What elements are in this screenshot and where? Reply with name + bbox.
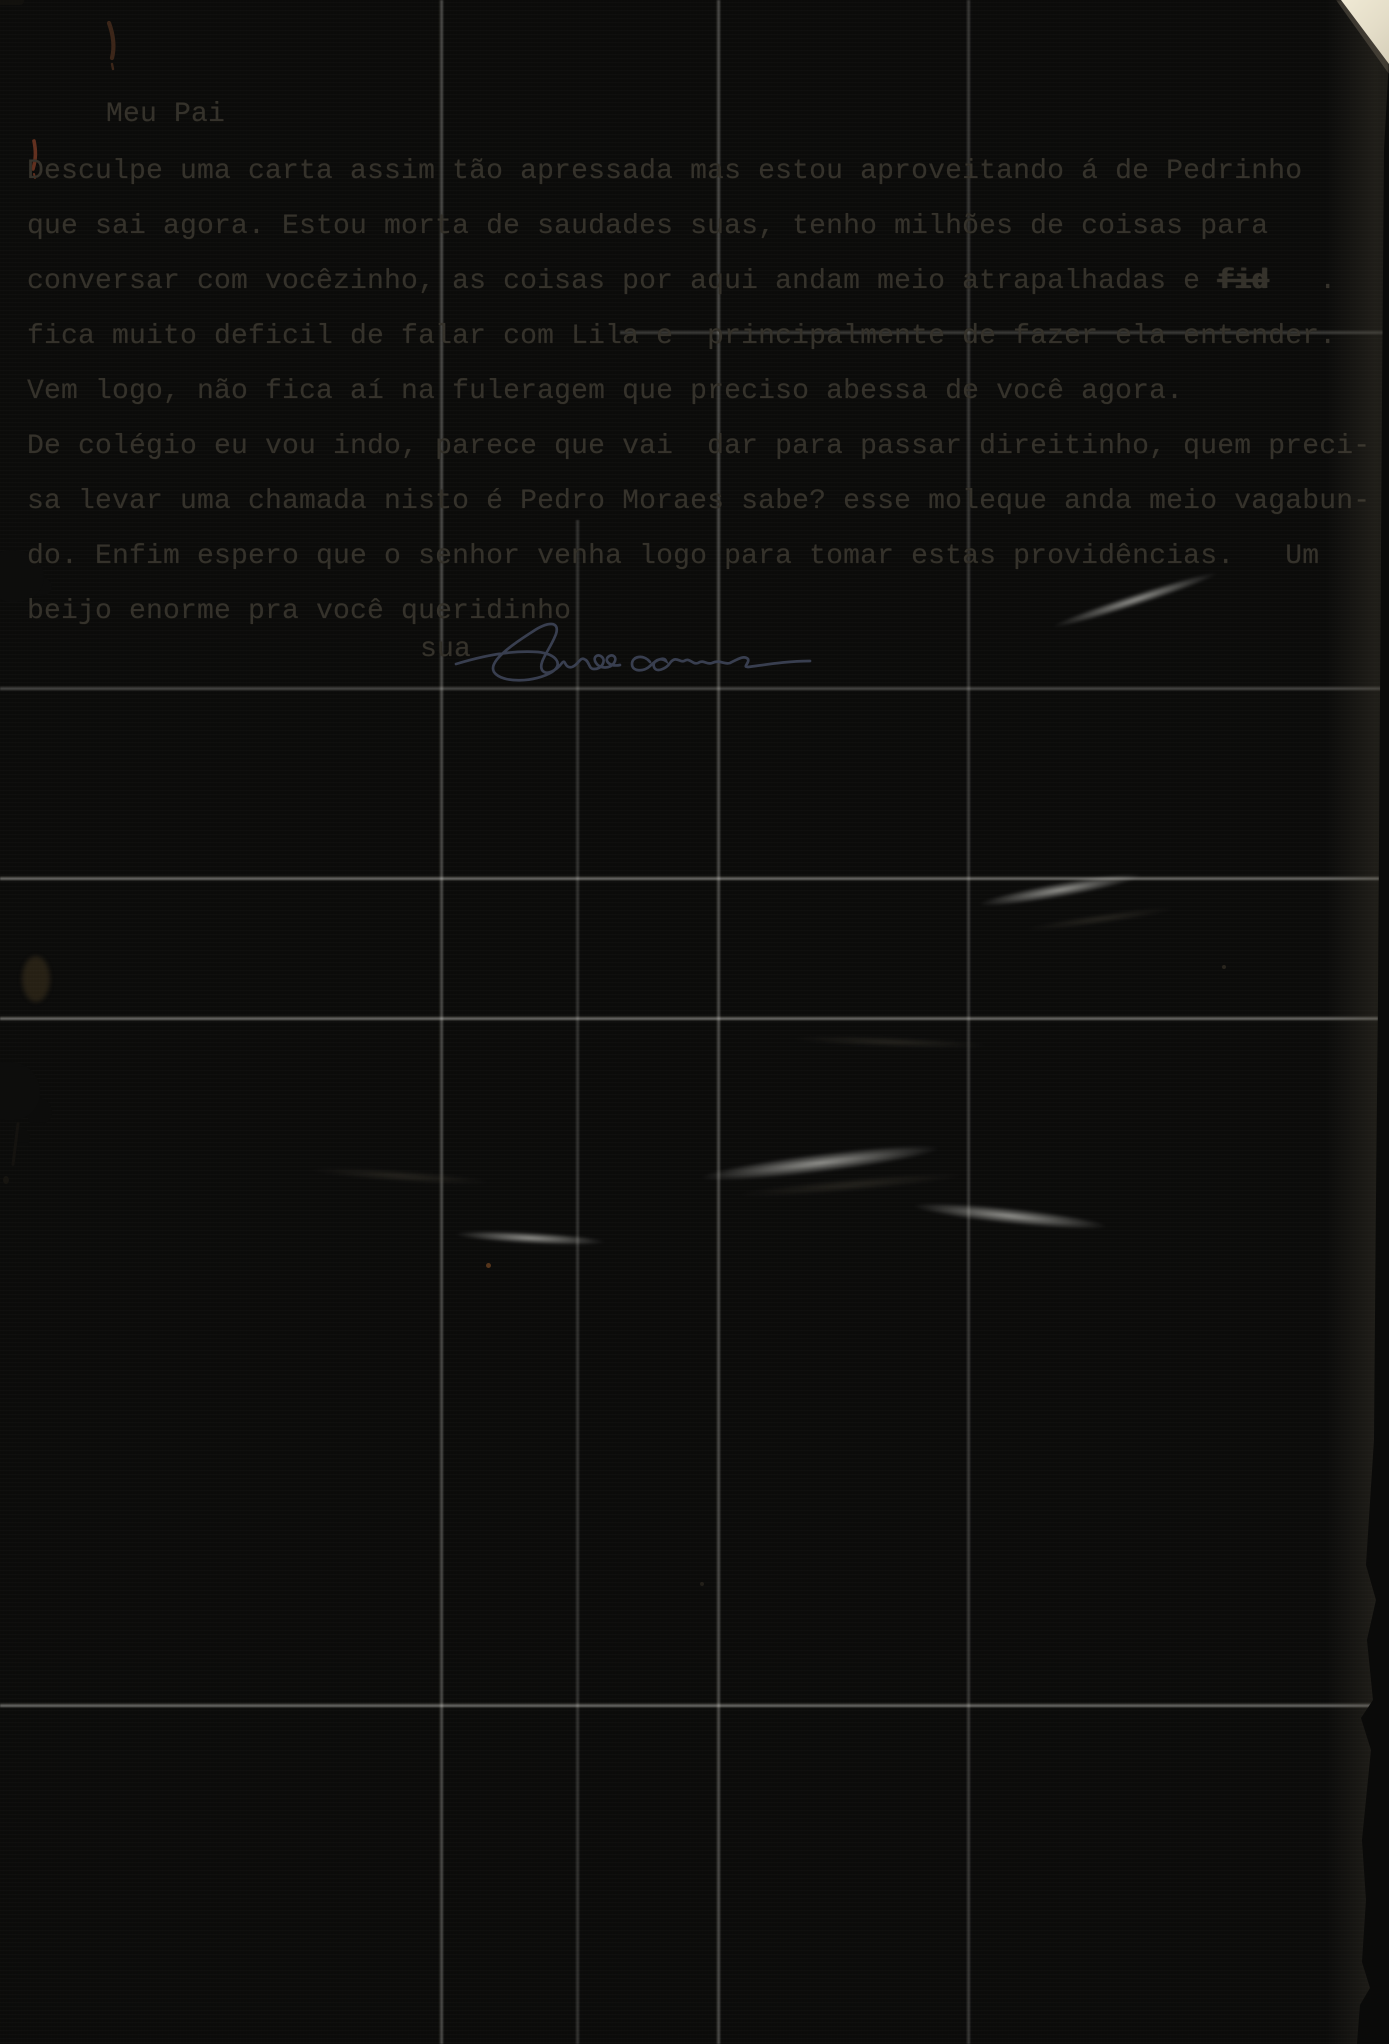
fold-crease-horizontal-3 (0, 876, 1389, 881)
ink-scratch (11, 1122, 19, 1166)
crumple-streak (1000, 898, 1200, 940)
letter-line-2: que sai agora. Estou morta de saudades s… (27, 199, 1370, 254)
letter-line-4: fica muito deficil de falar com Lila e p… (27, 309, 1370, 364)
letter-line-3: conversar com vocêzinho, as coisas por a… (27, 254, 1370, 309)
crumple-streak (700, 1163, 1000, 1207)
scanned-letter-photo: Meu Pai Desculpe uma carta assim tão apr… (0, 0, 1389, 2044)
paper-speck (1222, 965, 1226, 969)
fold-crease-horizontal-4 (0, 1016, 1389, 1021)
struck-out-word: fid (1217, 266, 1268, 297)
letter-line-6: De colégio eu vou indo, parece que vai d… (27, 419, 1370, 474)
crumple-streak (280, 1160, 521, 1193)
crumple-streak (430, 1225, 631, 1251)
crumple-streak (950, 861, 1170, 919)
fold-crease-horizontal-5 (0, 1703, 1389, 1708)
handwritten-signature (450, 610, 818, 694)
letter-line-8: do. Enfim espero que o senhor venha logo… (27, 529, 1370, 584)
letter-line-3-text: conversar com vocêzinho, as coisas por a… (27, 266, 1217, 297)
letter-line-7: sa levar uma chamada nisto é Pedro Morae… (27, 474, 1370, 529)
scan-edge-nick (0, 0, 24, 5)
paper-speck (700, 1582, 704, 1586)
paper-stain (22, 956, 50, 1002)
letter-line-3-tail: . (1268, 266, 1336, 297)
crumple-streak (880, 1191, 1141, 1240)
ink-blot (0, 1062, 40, 1120)
crumple-streak (660, 1131, 981, 1196)
letter-body: Desculpe uma carta assim tão apressada m… (27, 144, 1370, 639)
ink-speck (3, 1176, 9, 1184)
fold-crease-vertical-2 (575, 520, 580, 2044)
letter-page: Meu Pai Desculpe uma carta assim tão apr… (0, 0, 1389, 2044)
letter-line-1: Desculpe uma carta assim tão apressada m… (27, 144, 1370, 199)
pen-tick-mark (104, 20, 122, 72)
letter-line-5: Vem logo, não fica aí na fuleragem que p… (27, 364, 1370, 419)
crumple-streak (760, 1030, 1020, 1053)
paper-speck (486, 1263, 491, 1268)
salutation: Meu Pai (106, 100, 225, 130)
